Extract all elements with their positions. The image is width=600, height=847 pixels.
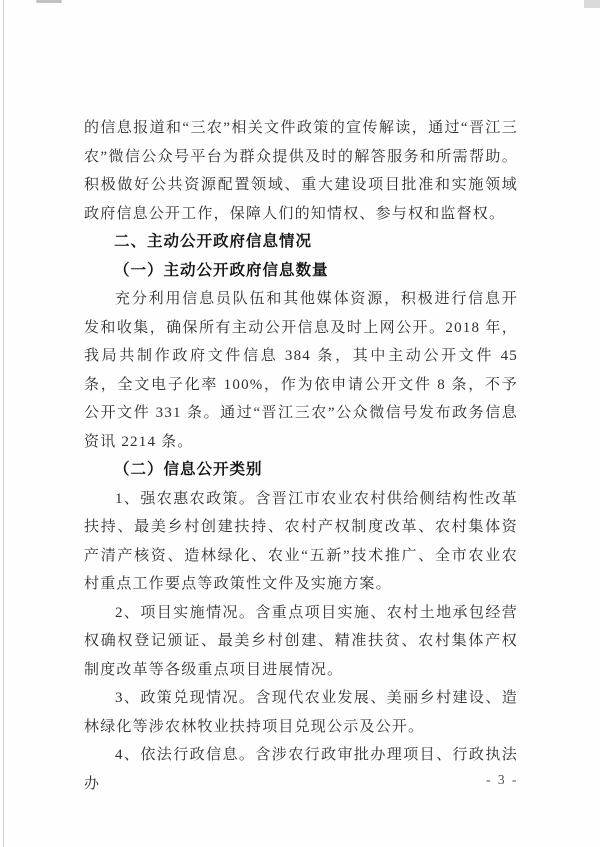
paragraph-disclosure-quantity: 充分利用信息员队伍和其他媒体资源，积极进行信息开发和收集，确保所有主动公开信息及… <box>84 285 518 456</box>
subsection-heading-1: （一）主动公开政府信息数量 <box>84 257 518 286</box>
scan-artifact <box>584 0 600 8</box>
list-item-projects: 2、项目实施情况。含重点项目实施、农村土地承包经营权确权登记颁证、最美乡村创建、… <box>84 599 518 685</box>
scan-page-edge <box>3 0 4 847</box>
document-page: 的信息报道和“三农”相关文件政策的宣传解读，通过“晋江三农”微信公众号平台为群众… <box>84 114 518 798</box>
paragraph-opening-continuation: 的信息报道和“三农”相关文件政策的宣传解读，通过“晋江三农”微信公众号平台为群众… <box>84 114 518 228</box>
list-item-administration: 4、依法行政信息。含涉农行政审批办理项目、行政执法办 <box>84 741 518 798</box>
scan-artifact <box>36 0 62 3</box>
list-item-policy-fulfillment: 3、政策兑现情况。含现代农业发展、美丽乡村建设、造林绿化等涉农林牧业扶持项目兑现… <box>84 684 518 741</box>
subsection-heading-2: （二）信息公开类别 <box>84 456 518 485</box>
section-heading-2: 二、主动公开政府信息情况 <box>84 228 518 257</box>
page-number: - 3 - <box>486 772 519 788</box>
list-item-policy: 1、强农惠农政策。含晋江市农业农村供给侧结构性改革扶持、最美乡村创建扶持、农村产… <box>84 485 518 599</box>
